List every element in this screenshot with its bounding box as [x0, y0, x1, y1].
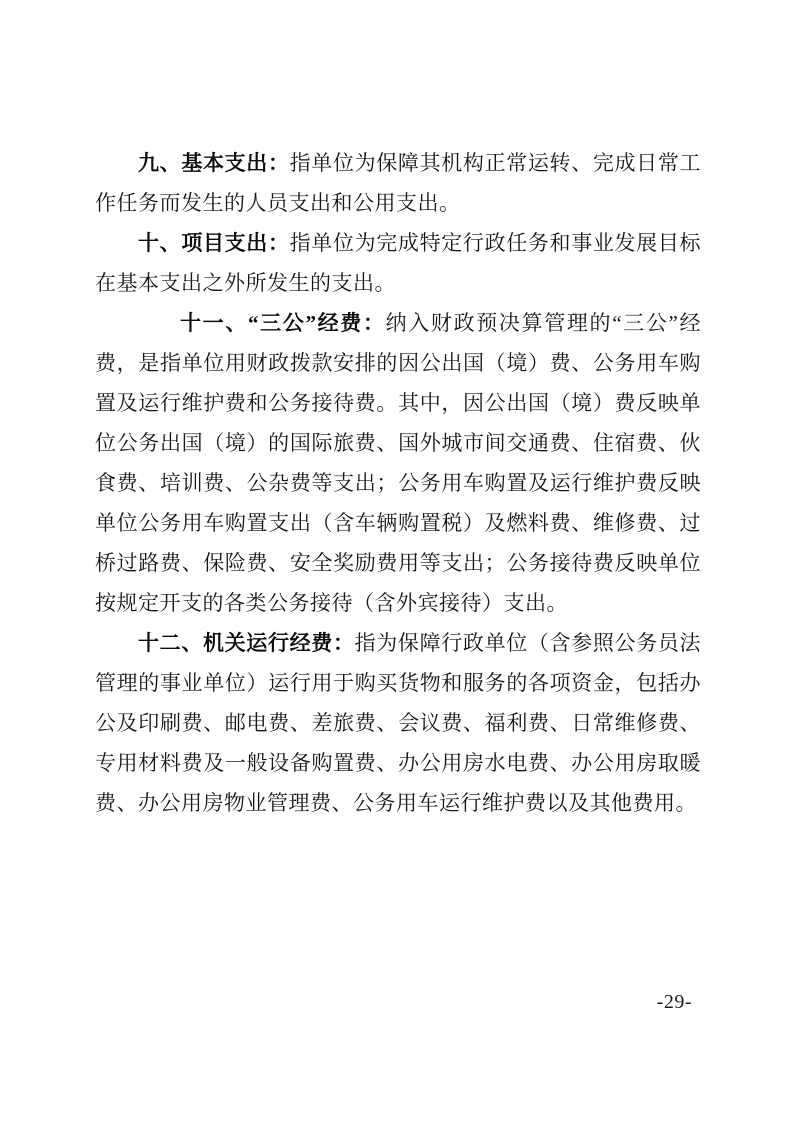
term-heading-three-public-funds: 十一、“三公”经费：: [180, 311, 386, 335]
document-body: 九、基本支出：指单位为保障其机构正常运转、完成日常工作任务而发生的人员支出和公用…: [95, 143, 701, 823]
term-definition-agency-operating-funds: 指为保障行政单位（含参照公务员法管理的事业单位）运行用于购买货物和服务的各项资金…: [95, 631, 701, 815]
term-heading-agency-operating-funds: 十二、机关运行经费：: [138, 631, 355, 655]
document-page: 九、基本支出：指单位为保障其机构正常运转、完成日常工作任务而发生的人员支出和公用…: [0, 0, 793, 1122]
paragraph-agency-operating-funds: 十二、机关运行经费：指为保障行政单位（含参照公务员法管理的事业单位）运行用于购买…: [95, 623, 701, 823]
term-heading-project-expenditure: 十、项目支出：: [138, 231, 290, 255]
term-definition-three-public-funds: 纳入财政预决算管理的“三公”经费，是指单位用财政拨款安排的因公出国（境）费、公务…: [95, 311, 701, 615]
page-number: -29-: [657, 991, 692, 1014]
paragraph-three-public-funds: 十一、“三公”经费：纳入财政预决算管理的“三公”经费，是指单位用财政拨款安排的因…: [95, 303, 701, 623]
paragraph-project-expenditure: 十、项目支出：指单位为完成特定行政任务和事业发展目标在基本支出之外所发生的支出。: [95, 223, 701, 303]
paragraph-basic-expenditure: 九、基本支出：指单位为保障其机构正常运转、完成日常工作任务而发生的人员支出和公用…: [95, 143, 701, 223]
term-heading-basic-expenditure: 九、基本支出：: [138, 151, 290, 175]
